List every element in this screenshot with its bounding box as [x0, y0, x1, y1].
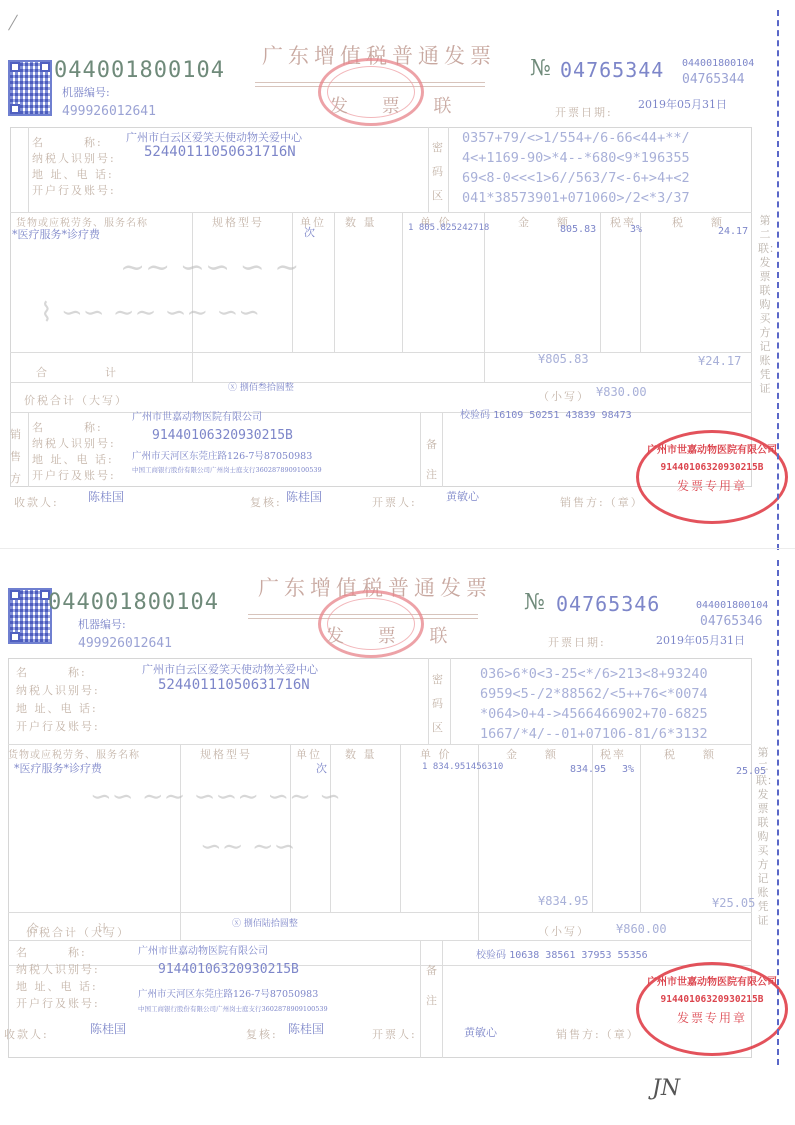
- col-spec-header: 规格型号: [212, 214, 264, 230]
- seller-company-stamp: 广州市世嘉动物医院有限公司 91440106320930215B 发票专用章: [636, 430, 788, 524]
- issue-date: 2019年05月31日: [656, 632, 745, 648]
- seller-taxpayer-id: 91440106320930215B: [158, 962, 299, 977]
- cipher-label: 密码区: [432, 136, 444, 208]
- small-label: （小写）: [538, 923, 590, 939]
- buyer-name: 广州市白云区爱笑天使动物关爱中心: [142, 661, 318, 677]
- reviewer: 陈桂国: [288, 1020, 324, 1037]
- seller-side-label: 销售方: [10, 424, 22, 490]
- payee-label: 收款人:: [14, 494, 59, 510]
- total-label: 合 计: [36, 364, 128, 380]
- cipher-area: 0357+79/<>1/554+/6-66<44+**/4<+1169-90>*…: [462, 128, 690, 208]
- col-tax-header: 税 额: [664, 746, 716, 762]
- total-small: ¥860.00: [616, 922, 667, 936]
- seller-labels: 名 称: 纳税人识别号: 地 址、电 话: 开户行及账号:: [32, 420, 116, 484]
- payee: 陈桂国: [88, 488, 124, 505]
- no-small: 04765346: [700, 614, 763, 629]
- seller-address: 广州市天河区东莞庄路126-7号87050983: [138, 986, 318, 1000]
- no-symbol: №: [530, 56, 551, 81]
- seller-labels: 名 称: 纳税人识别号: 地 址、电 话: 开户行及账号:: [16, 944, 100, 1012]
- cipher-area: 036>6*0<3-25<*/6>213<8+932406959<5-/2*88…: [480, 664, 708, 744]
- col-rate-header: 税率: [600, 746, 626, 762]
- handwritten-mark: JN: [652, 1076, 680, 1101]
- copy-name: 发 票 联: [330, 92, 465, 118]
- buyer-labels: 名 称: 纳税人识别号: 地 址、电 话: 开户行及账号:: [32, 135, 116, 199]
- seller-stamp-label: 销售方:（章）: [556, 1026, 640, 1042]
- qr-code-icon: [8, 60, 52, 116]
- payee-label: 收款人:: [4, 1026, 49, 1042]
- copy-note: 第二联：发票联 购买方记账凭证: [758, 214, 772, 396]
- reviewer-label: 复核:: [246, 1026, 278, 1042]
- drawer: 黄敏心: [464, 1024, 497, 1040]
- seller-bank: 中国工商银行股份有限公司广州岗士庭支行3602878909100539: [138, 1004, 328, 1013]
- seller-name: 广州市世嘉动物医院有限公司: [132, 408, 262, 423]
- machine-no: 499926012641: [78, 636, 172, 651]
- copy-note: 第二联：发票联 购买方记账凭证: [756, 746, 770, 928]
- cipher-label: 密码区: [432, 668, 444, 740]
- seller-stamp-label: 销售方:（章）: [560, 494, 644, 510]
- col-qty-header: 数 量: [345, 746, 377, 762]
- col-amount-header: 金 额: [506, 746, 558, 762]
- qr-code-icon: [8, 588, 52, 644]
- total-tax: ¥25.05: [712, 896, 755, 910]
- code-small: 044001800104: [682, 58, 754, 69]
- reviewer: 陈桂国: [286, 488, 322, 505]
- total-small: ¥830.00: [596, 385, 647, 399]
- check-code: 校验码 10638 38561 37953 55356: [476, 946, 648, 961]
- total-tax: ¥24.17: [698, 354, 741, 368]
- machine-no-label: 机器编号:: [78, 616, 126, 632]
- seller-bank: 中国工商银行股份有限公司广州岗士庭支行3602878909100539: [132, 465, 322, 474]
- small-label: （小写）: [538, 388, 590, 404]
- handwritten-scribble: ~~ ∽∽ ∽ ∼: [120, 250, 299, 285]
- remarks-label: 备注: [426, 956, 438, 1016]
- drawer-label: 开票人:: [372, 494, 417, 510]
- buyer-name: 广州市白云区爱笑天使动物关爱中心: [126, 129, 302, 145]
- col-qty-header: 数 量: [345, 214, 377, 230]
- machine-no: 499926012641: [62, 104, 156, 119]
- total-words-label: 价税合计（大写）: [24, 392, 128, 408]
- col-spec-header: 规格型号: [200, 746, 252, 762]
- issue-date-label: 开票日期:: [548, 634, 606, 650]
- perforation-line: [777, 560, 779, 1065]
- issue-date: 2019年05月31日: [638, 96, 727, 112]
- col-price-header: 单 价: [420, 746, 452, 762]
- invoice-number: 04765344: [560, 58, 664, 82]
- reviewer-label: 复核:: [250, 494, 282, 510]
- no-small: 04765344: [682, 72, 745, 87]
- seller-company-stamp: 广州市世嘉动物医院有限公司 91440106320930215B 发票专用章: [636, 962, 788, 1056]
- handwritten-scribble: ⌇ ∽∽ ∼∼ ∽∼ ∽∽: [40, 298, 260, 328]
- issue-date-label: 开票日期:: [555, 104, 613, 120]
- total-words: ⓧ 捌佰陆拾圆整: [232, 916, 298, 929]
- code-small: 044001800104: [696, 600, 768, 611]
- buyer-taxpayer-id: 52440111050631716N: [144, 144, 296, 160]
- total-words-label: 价税合计（大写）: [26, 924, 130, 940]
- invoice-2: 044001800104 机器编号: 499926012641 广东增值税普通发…: [0, 560, 795, 1125]
- total-amount: ¥834.95: [538, 894, 589, 908]
- remarks-label: 备注: [426, 430, 438, 490]
- machine-no-label: 机器编号:: [62, 84, 110, 100]
- handwritten-scribble: ∽∼ ∼∽: [200, 832, 295, 862]
- payee: 陈桂国: [90, 1020, 126, 1037]
- invoice-code: 044001800104: [48, 590, 219, 615]
- col-item-header: 货物或应税劳务、服务名称: [8, 746, 140, 761]
- total-words: ⓧ 捌佰叁拾圆整: [228, 380, 294, 393]
- copy-name: 发 票 联: [326, 622, 461, 648]
- buyer-labels: 名 称: 纳税人识别号: 地 址、电 话: 开户行及账号:: [16, 664, 100, 736]
- drawer-label: 开票人:: [372, 1026, 417, 1042]
- handwritten-scribble: ∽∽ ∼∼ ∽∽∼ ∽∼ ∽: [90, 782, 341, 812]
- invoice-1: 044001800104 机器编号: 499926012641 广东增值税普通发…: [0, 0, 795, 560]
- total-amount: ¥805.83: [538, 352, 589, 366]
- seller-name: 广州市世嘉动物医院有限公司: [138, 942, 268, 957]
- check-code: 校验码 16109 50251 43839 98473: [460, 406, 632, 421]
- no-symbol: №: [524, 590, 545, 615]
- buyer-taxpayer-id: 52440111050631716N: [158, 677, 310, 693]
- col-tax-header: 税 额: [672, 214, 724, 230]
- invoice-code: 044001800104: [54, 58, 225, 83]
- seller-taxpayer-id: 91440106320930215B: [152, 428, 293, 443]
- invoice-number: 04765346: [556, 592, 660, 616]
- drawer: 黄敏心: [446, 488, 479, 504]
- seller-address: 广州市天河区东莞庄路126-7号87050983: [132, 448, 312, 462]
- perforation-line: [777, 10, 779, 550]
